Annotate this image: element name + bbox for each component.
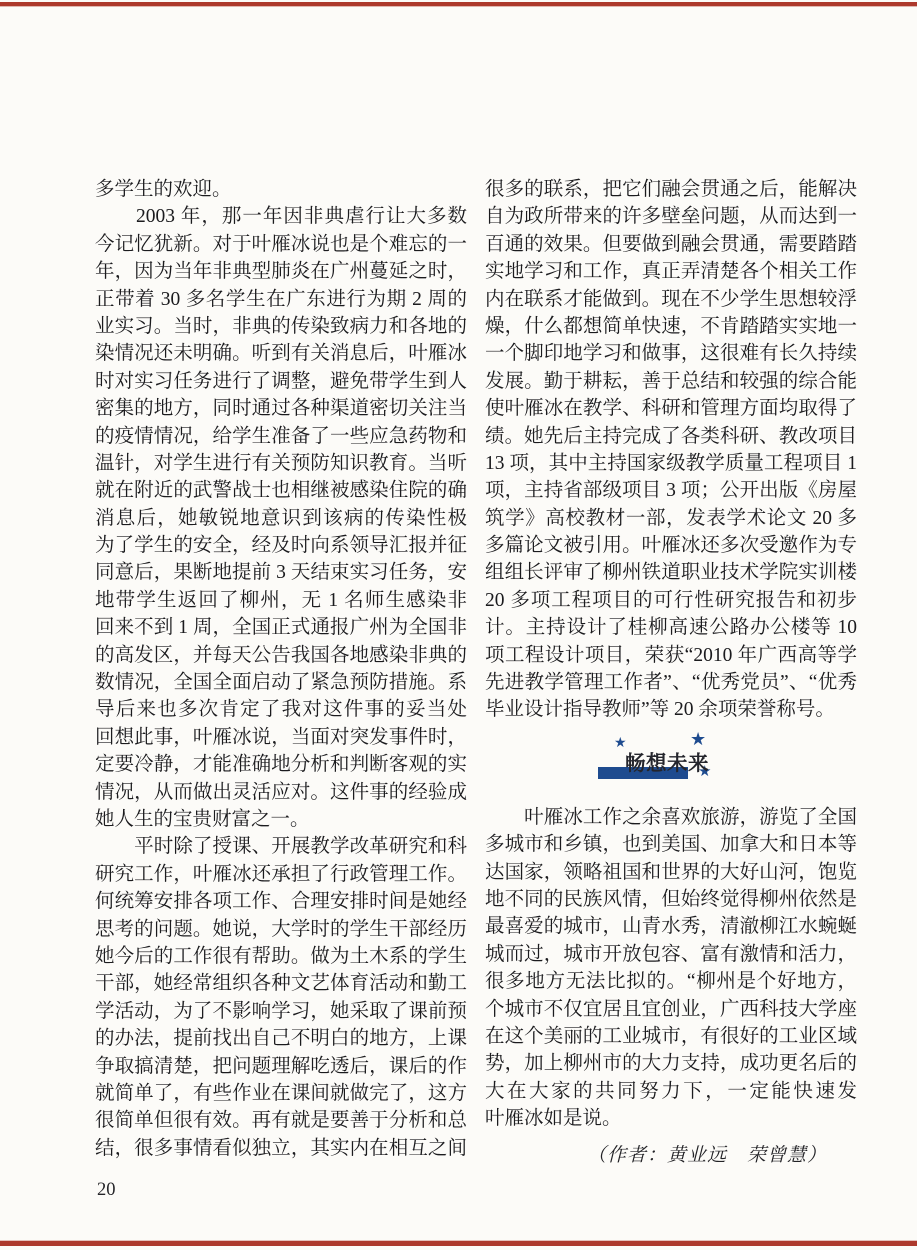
text-line: 发展。勤于耕耘，善于总结和较强的综合能力	[485, 368, 857, 395]
text-line: 势，加上柳州市的大力支持，成功更名后的科	[485, 1050, 857, 1077]
text-line: 时对实习任务进行了调整，避免带学生到人群	[95, 368, 467, 395]
text-line: 计。主持设计了桂柳高速公路办公楼等 10 多	[485, 614, 857, 641]
text-line: 今记忆犹新。对于叶雁冰说也是个难忘的一	[95, 231, 467, 258]
text-line: 最喜爱的城市，山青水秀，清澈柳江水蜿蜒绕	[485, 913, 857, 940]
text-line: 就在附近的武警战士也相继被感染住院的确切	[95, 477, 467, 504]
text-line: 的办法，提前找出自己不明白的地方，上课时	[95, 1025, 467, 1052]
text-line: 回想此事，叶雁冰说，当面对突发事件时，一	[95, 724, 467, 751]
text-line: 她人生的宝贵财富之一。	[95, 806, 467, 833]
text-line: 导后来也多次肯定了我对这件事的妥当处理。	[95, 696, 467, 723]
text-line: 在这个美丽的工业城市，有很好的工业区域优	[485, 1023, 857, 1050]
section-title: 畅想未来	[625, 746, 709, 776]
text-line: 的高发区，并每天公告我国各地感染非典的人	[95, 642, 467, 669]
text-line: 地不同的民族风情，但始终觉得柳州依然是她	[485, 886, 857, 913]
section-header: ★ ★ ★ 畅想未来	[485, 724, 857, 804]
text-line: 筑学》高校教材一部，发表学术论文 20 多篇，	[485, 505, 857, 532]
text-line: 绩。她先后主持完成了各类科研、教改项目	[485, 423, 857, 450]
author-credit: （作者：黄业远 荣曾慧）	[485, 1142, 857, 1169]
text-line: 的疫情情况，给学生准备了一些应急药物和体	[95, 423, 467, 450]
text-line: 大在大家的共同努力下，一定能快速发展！”	[485, 1078, 857, 1105]
text-line: 染情况还未明确。听到有关消息后，叶雁冰及	[95, 340, 467, 367]
text-line: 定要冷静，才能准确地分析和判断客观的实际	[95, 751, 467, 778]
text-line: 项，主持省部级项目 3 项；公开出版《房屋建	[485, 477, 857, 504]
text-line: 多城市和乡镇，也到美国、加拿大和日本等发	[485, 831, 857, 858]
text-line: 叶雁冰如是说。	[485, 1105, 857, 1132]
text-line: 城而过，城市开放包容、富有激情和活力，是	[485, 941, 857, 968]
text-line: 很简单但很有效。再有就是要善于分析和总	[95, 1107, 467, 1134]
text-line: 多篇论文被引用。叶雁冰还多次受邀作为专家	[485, 532, 857, 559]
text-line: 达国家，领略祖国和世界的大好山河，饱览各	[485, 859, 857, 886]
text-line: 百通的效果。但要做到融会贯通，需要踏踏实	[485, 231, 857, 258]
text-line: 多学生的欢迎。	[95, 176, 467, 203]
text-line: 13 项，其中主持国家级教学质量工程项目 1	[485, 450, 857, 477]
text-line: 毕业设计指导教师”等 20 余项荣誉称号。	[485, 696, 857, 723]
left-text-column: 多学生的欢迎。 2003 年，那一年因非典虐行让大多数人至今记忆犹新。对于叶雁冰…	[95, 176, 467, 1162]
text-line: 密集的地方，同时通过各种渠道密切关注当地	[95, 395, 467, 422]
text-line: 回来不到 1 周，全国正式通报广州为全国非典	[95, 614, 467, 641]
text-line: 为了学生的安全，经及时向系领导汇报并征得	[95, 532, 467, 559]
text-line: 正带着 30 多名学生在广东进行为期 2 周的毕	[95, 286, 467, 313]
text-line: 组组长评审了柳州铁道职业技术学院实训楼等	[485, 559, 857, 586]
text-line: 使叶雁冰在教学、科研和管理方面均取得了佳	[485, 395, 857, 422]
text-line: 争取搞清楚，把问题理解吃透后，课后的作业	[95, 1053, 467, 1080]
text-line: 消息后，她敏锐地意识到该病的传染性极高。	[95, 505, 467, 532]
text-line: 个城市不仅宜居且宜创业，广西科技大学座落	[485, 996, 857, 1023]
text-line: 地带学生返回了柳州，无 1 名师生感染非典。	[95, 587, 467, 614]
text-line: 内在联系才能做到。现在不少学生思想较浮	[485, 286, 857, 313]
text-line: 很多的联系，把它们融会贯通之后，能解决各	[485, 176, 857, 203]
text-line: 先进教学管理工作者”、“优秀党员”、“优秀	[485, 669, 857, 696]
top-red-rule	[0, 2, 917, 6]
text-line: 业实习。当时，非典的传染致病力和各地的感	[95, 313, 467, 340]
text-line: 同意后，果断地提前 3 天结束实习任务，安全	[95, 559, 467, 586]
text-line: 何统筹安排各项工作、合理安排时间是她经常	[95, 888, 467, 915]
text-line: 一个脚印地学习和做事，这很难有长久持续地	[485, 340, 857, 367]
text-line: 很多地方无法比拟的。“柳州是个好地方，这	[485, 968, 857, 995]
page-number: 20	[97, 1180, 116, 1201]
text-line: 干部，她经常组织各种文艺体育活动和勤工俭	[95, 970, 467, 997]
right-column-part1: 很多的联系，把它们融会贯通之后，能解决各自为政所带来的许多壁垒问题，从而达到一通…	[485, 176, 857, 724]
left-column-lines: 多学生的欢迎。 2003 年，那一年因非典虐行让大多数人至今记忆犹新。对于叶雁冰…	[95, 176, 467, 1162]
text-line: 2003 年，那一年因非典虐行让大多数人至	[95, 203, 467, 230]
text-line: 年，因为当年非典型肺炎在广州蔓延之时，她	[95, 258, 467, 285]
text-line: 叶雁冰工作之余喜欢旅游，游览了全国许	[485, 804, 857, 831]
text-line: 20 多项工程项目的可行性研究报告和初步设	[485, 587, 857, 614]
text-line: 燥，什么都想简单快速，不肯踏踏实实地一步	[485, 313, 857, 340]
text-line: 学活动，为了不影响学习，她采取了课前预习	[95, 998, 467, 1025]
text-line: 研究工作，叶雁冰还承担了行政管理工作。如	[95, 861, 467, 888]
text-line: 她今后的工作很有帮助。做为土木系的学生会	[95, 943, 467, 970]
text-line: 自为政所带来的许多壁垒问题，从而达到一通	[485, 203, 857, 230]
text-line: 结，很多事情看似独立，其实内在相互之间有	[95, 1135, 467, 1162]
text-line: 项工程设计项目，荣获“2010 年广西高等学校	[485, 642, 857, 669]
text-line: 实地学习和工作，真正弄清楚各个相关工作的	[485, 258, 857, 285]
magazine-page: 多学生的欢迎。 2003 年，那一年因非典虐行让大多数人至今记忆犹新。对于叶雁冰…	[0, 0, 917, 1250]
text-line: 数情况，全国全面启动了紧急预防措施。系领	[95, 669, 467, 696]
text-line: 情况，从而做出灵活应对。这件事的经验成为	[95, 779, 467, 806]
text-line: 思考的问题。她说，大学时的学生干部经历对	[95, 916, 467, 943]
right-column-part2: 叶雁冰工作之余喜欢旅游，游览了全国许多城市和乡镇，也到美国、加拿大和日本等发达国…	[485, 804, 857, 1133]
right-text-column: 很多的联系，把它们融会贯通之后，能解决各自为政所带来的许多壁垒问题，从而达到一通…	[485, 176, 857, 1169]
text-line: 温针，对学生进行有关预防知识教育。当听到	[95, 450, 467, 477]
bottom-red-rule	[0, 1241, 917, 1246]
text-line: 平时除了授课、开展教学改革研究和科学	[95, 833, 467, 860]
text-line: 就简单了，有些作业在课间就做完了，这方法	[95, 1080, 467, 1107]
